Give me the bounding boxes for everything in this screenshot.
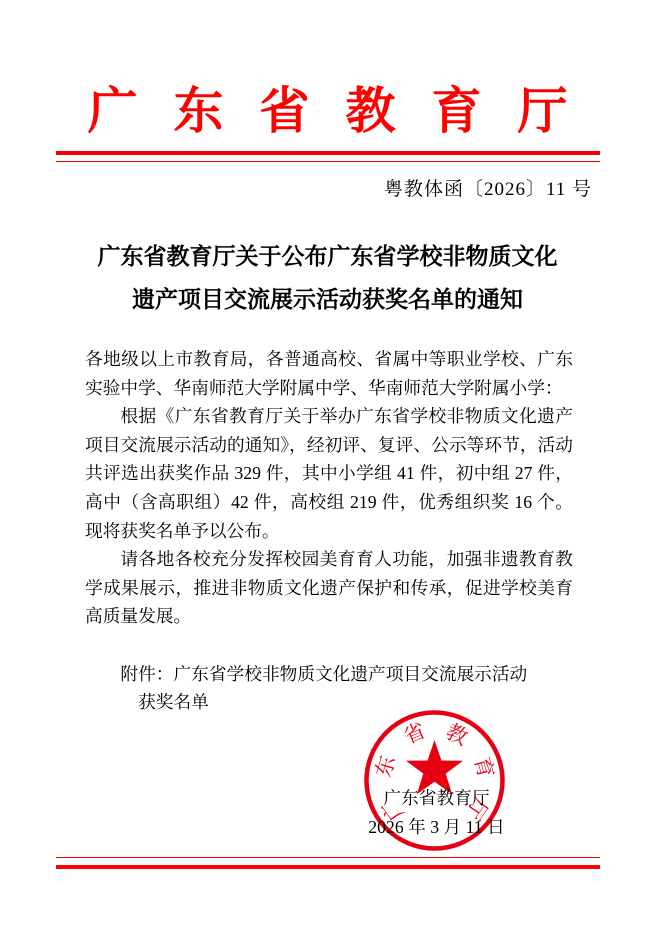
attachment-line1: 附件：广东省学校非物质文化遗产项目交流展示活动 bbox=[85, 660, 573, 689]
official-seal-icon: 广 东 省 教 育 厅 bbox=[361, 707, 508, 854]
document-page: 广东省教育厅 粤教体函〔2026〕11 号 广东省教育厅关于公布广东省学校非物质… bbox=[0, 0, 655, 931]
paragraph-1: 根据《广东省教育厅关于举办广东省学校非物质文化遗产项目交流展示活动的通知》，经初… bbox=[85, 402, 573, 545]
salutation: 各地级以上市教育局，各普通高校、省属中等职业学校、广东实验中学、华南师范大学附属… bbox=[85, 345, 573, 402]
document-title-line1: 广东省教育厅关于公布广东省学校非物质文化 bbox=[0, 235, 655, 278]
seal-star-icon bbox=[406, 740, 463, 794]
letterhead-rule bbox=[56, 151, 600, 162]
seal-char: 省 bbox=[400, 718, 429, 748]
seal-char: 东 bbox=[371, 753, 400, 780]
document-body: 各地级以上市教育局，各普通高校、省属中等职业学校、广东实验中学、华南师范大学附属… bbox=[85, 345, 573, 717]
letterhead-agency-name: 广东省教育厅 bbox=[0, 82, 655, 140]
document-number: 粤教体函〔2026〕11 号 bbox=[384, 179, 592, 201]
seal-char: 育 bbox=[469, 754, 498, 780]
seal-char: 教 bbox=[442, 719, 471, 750]
document-title: 广东省教育厅关于公布广东省学校非物质文化 遗产项目交流展示活动获奖名单的通知 bbox=[0, 235, 655, 321]
document-title-line2: 遗产项目交流展示活动获奖名单的通知 bbox=[0, 278, 655, 321]
footer-rule bbox=[56, 857, 600, 869]
paragraph-2: 请各地各校充分发挥校园美育育人功能，加强非遗教育教学成果展示，推进非物质文化遗产… bbox=[85, 545, 573, 631]
